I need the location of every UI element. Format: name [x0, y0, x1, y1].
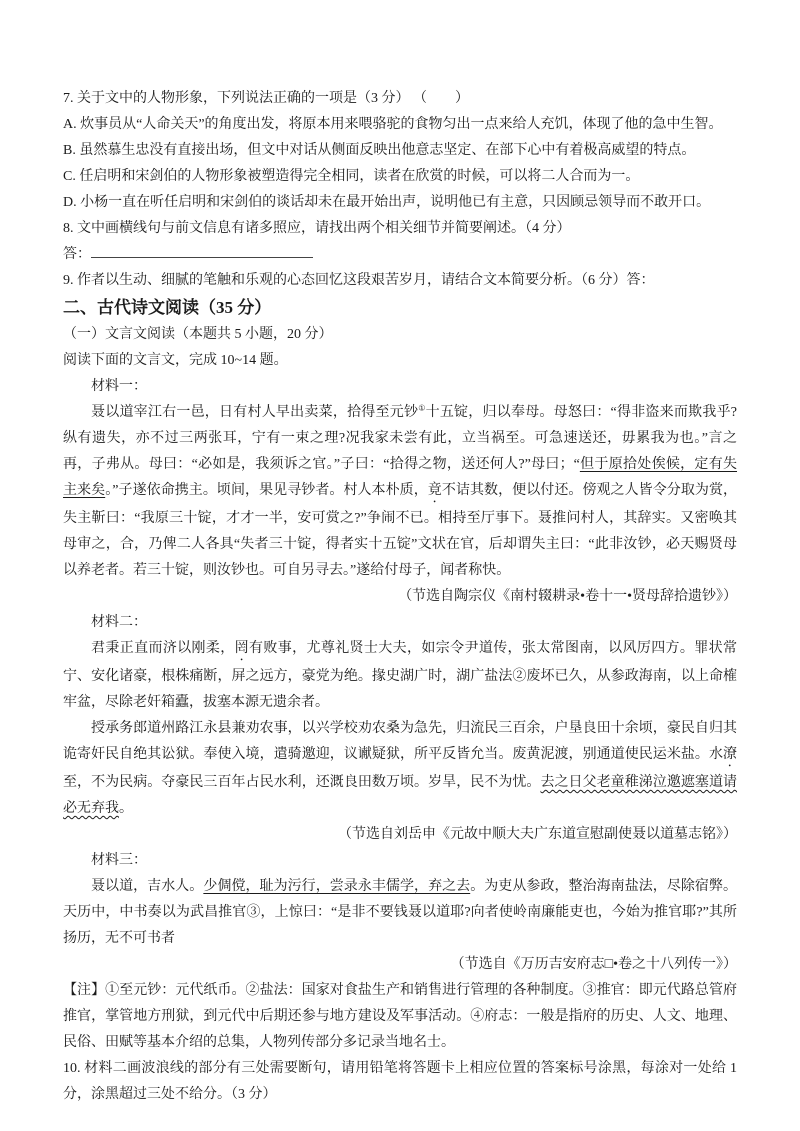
question-7-option-d: D. 小杨一直在听任启明和宋剑伯的谈话却未在最开始出声，说明他已有主意，只因顾忌… — [63, 190, 737, 216]
material-1-paragraph: 聂以道宰江右一邑，日有村人早出卖菜，拾得至元钞①十五锭，归以奉母。母怒曰：“得非… — [63, 400, 737, 584]
material-3-source: （节选自《万历吉安府志□•卷之十八列传一》） — [63, 952, 737, 978]
question-8-answer-row: 答： — [63, 242, 737, 268]
material-2-label: 材料二： — [63, 610, 737, 636]
answer-label: 答： — [63, 247, 91, 262]
subsection-heading: （一）文言文阅读（本题共 5 小题，20 分） — [63, 322, 737, 348]
question-10-stem: 10. 材料二画波浪线的部分有三处需要断句，请用铅笔将答题卡上相应位置的答案标号… — [63, 1056, 737, 1108]
question-8-stem: 8. 文中画横线句与前文信息有诸多照应，请找出两个相关细节并简要阐述。（4 分） — [63, 216, 737, 242]
exam-page: 7. 关于文中的人物形象，下列说法正确的一项是（3 分） （ ） A. 炊事员从… — [0, 0, 800, 1131]
material-2-source: （节选自刘岳申《元故中顺大夫广东道宣慰副使聂以道墓志铭》） — [63, 822, 737, 848]
exam-document: 7. 关于文中的人物形象，下列说法正确的一项是（3 分） （ ） A. 炊事员从… — [63, 86, 737, 1108]
material-3-label: 材料三： — [63, 848, 737, 874]
material-1-label: 材料一： — [63, 374, 737, 400]
question-7-option-b: B. 虽然慕生忠没有直接出场，但文中对话从侧面反映出他意志坚定、在部下心中有着极… — [63, 138, 737, 164]
answer-blank-line — [91, 243, 313, 258]
reading-instruction: 阅读下面的文言文，完成 10~14 题。 — [63, 348, 737, 374]
footnotes: 【注】①至元钞：元代纸币。②盐法：国家对食盐生产和销售进行管理的各种制度。③推官… — [63, 978, 737, 1056]
question-9-stem: 9. 作者以生动、细腻的笔触和乐观的心态回忆这段艰苦岁月，请结合文本简要分析。（… — [63, 268, 737, 294]
material-1-source: （节选自陶宗仪《南村辍耕录•卷十一•贤母辞拾遗钞》） — [63, 584, 737, 610]
material-3-paragraph: 聂以道，吉水人。少倜傥，耻为污行，尝录永丰儒学，弃之去。为吏从参政，整治海南盐法… — [63, 874, 737, 952]
material-2-paragraph-2: 授承务郎道州路江永县兼劝农事，以兴学校劝农桑为急先，归流民三百余，户垦良田十余顷… — [63, 716, 737, 822]
material-2-paragraph-1: 君秉正直而济以刚柔，罔有败事，尤尊礼贤士大夫，如宗令尹道传，张太常图南，以风厉四… — [63, 636, 737, 716]
section-heading: 二、古代诗文阅读（35 分） — [63, 294, 737, 322]
question-7-option-a: A. 炊事员从“人命关天”的角度出发，将原本用来喂骆驼的食物匀出一点来给人充饥，… — [63, 112, 737, 138]
question-7-option-c: C. 任启明和宋剑伯的人物形象被塑造得完全相同，读者在欣赏的时候，可以将二人合而… — [63, 164, 737, 190]
question-7-stem: 7. 关于文中的人物形象，下列说法正确的一项是（3 分） （ ） — [63, 86, 737, 112]
